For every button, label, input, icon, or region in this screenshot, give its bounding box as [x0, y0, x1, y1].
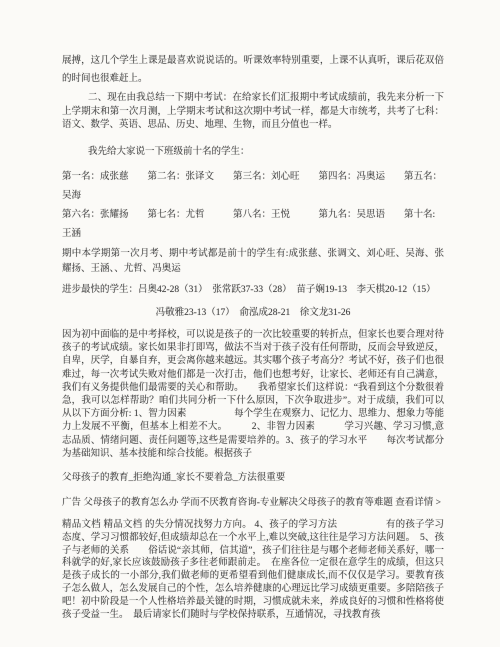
line-top10-intro: 我先给大家说一下班级前十名的学生： — [62, 146, 444, 160]
document-page: 展搏，这几个学生上课是最喜欢说说话的。听课效率特别重要，上课不认真听，课后花双倍… — [0, 0, 500, 647]
paragraph-midterm-summary: 二、现在由我总结一下期中考试：在给家长们汇报期中考试成绩前，我先来分析一下上学期… — [62, 92, 444, 133]
paragraph-parenting-advice: 因为初中面临的是中考择校，可以说是孩子的一次比较重要的转折点，但家长也要合理对待… — [62, 329, 444, 461]
progress-students-line-1: 进步最快的学生：吕奥42-28（31） 张常跃37-33（28） 苗子娴19-1… — [62, 284, 444, 298]
rank-list-line-2: 第六名：张耀扬 第七名：尤哲 第八名：王悦 第九名：吴思语 第十名:王涵 — [62, 206, 444, 244]
paragraph-top10-both-exams: 期中本学期第一次月考、期中考试都是前十的学生有:成张慈、张调文、刘心旺、吴海、张… — [62, 247, 444, 277]
progress-students-line-2: 冯敬雅23-13（17） 俞泓成28-21 徐文龙31-26 — [62, 307, 444, 321]
inline-ad[interactable]: 父母孩子的教育_拒绝沟通_家长不要着急_方法很重要 广告 父母孩子的教育怎么办 … — [62, 472, 444, 511]
paragraph-listening-habits: 展搏，这几个学生上课是最喜欢说说话的。听课效率特别重要，上课不认真听，课后花双倍… — [62, 52, 444, 88]
ad-link-line[interactable]: 广告 父母孩子的教育怎么办 学而不厌教育咨询-专业解决父母孩子的教育等难题 查看… — [62, 496, 444, 512]
paragraph-closing: 精品文档 精品文档 的失分情况找努力方向。 4、孩子的学习方法 有的孩子学习态度… — [62, 519, 444, 621]
ad-title[interactable]: 父母孩子的教育_拒绝沟通_家长不要着急_方法很重要 — [62, 472, 444, 486]
rank-list-line-1: 第一名：成张慈 第二名：张译文 第三名：刘心旺 第四名：冯奥运 第五名：吴海 — [62, 168, 444, 206]
